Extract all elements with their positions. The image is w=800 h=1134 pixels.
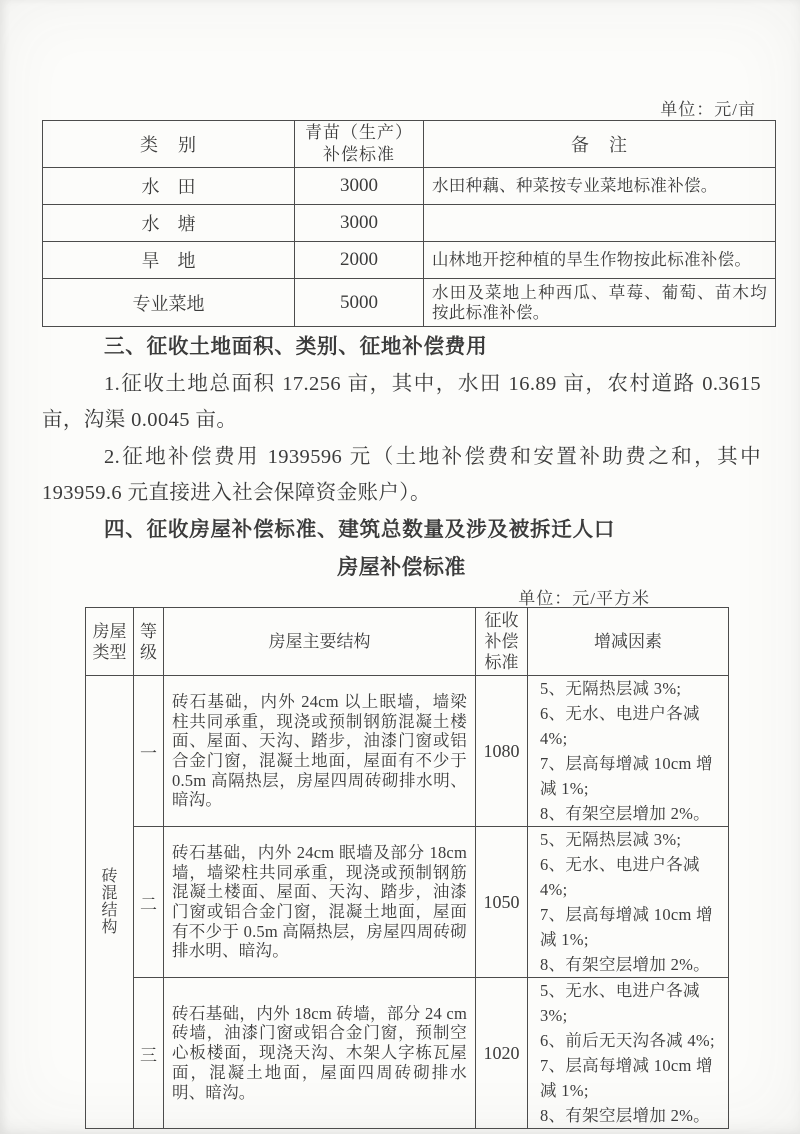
document-page: 单位：元/亩 类 别 青苗（生产）补偿标准 备 注 水 田 3000 水田种藕、… xyxy=(0,0,800,1134)
house-type-label: 砖混结构 xyxy=(101,868,118,936)
land-table-header-row: 类 别 青苗（生产）补偿标准 备 注 xyxy=(43,121,776,168)
standard-cell: 1050 xyxy=(476,827,528,978)
factors-column-header: 增减因素 xyxy=(528,608,729,676)
house-type-cell: 砖混结构 xyxy=(86,676,134,1129)
standard-cell: 3000 xyxy=(295,205,424,242)
body-text-block: 三、征收土地面积、类别、征地补偿费用 1.征收土地总面积 17.256 亩，其中… xyxy=(42,329,761,585)
grade-cell: 一 xyxy=(134,676,164,827)
land-table-row-pond: 水 塘 3000 xyxy=(43,205,776,242)
standard-cell: 3000 xyxy=(295,168,424,205)
unit-label-yuan-per-mu: 单位：元/亩 xyxy=(660,95,756,120)
structure-cell: 砖石基础，内外 24cm 眠墙及部分 18cm 墙，墙梁柱共同承重，现浇或预制钢… xyxy=(164,827,476,978)
factors-cell: 5、无水、电进户各减 3%; 6、前后无天沟各减 4%; 7、层高每增减 10c… xyxy=(528,978,729,1129)
section3-paragraph-1: 1.征收土地总面积 17.256 亩，其中，水田 16.89 亩，农村道路 0.… xyxy=(42,366,761,439)
standard-column-header: 青苗（生产）补偿标准 xyxy=(295,121,424,168)
grade-cell: 三 xyxy=(134,978,164,1129)
house-table-header-row: 房屋类型 等级 房屋主要结构 征收补偿标准 增减因素 xyxy=(86,608,729,676)
land-table-row-dryland: 旱 地 2000 山林地开挖种植的旱生作物按此标准补偿。 xyxy=(43,242,776,279)
standard-column-header: 征收补偿标准 xyxy=(476,608,528,676)
category-cell: 水 田 xyxy=(43,168,295,205)
remark-column-header: 备 注 xyxy=(424,121,776,168)
grade-column-header: 等级 xyxy=(134,608,164,676)
land-table-row-vegetable: 专业菜地 5000 水田及菜地上种西瓜、草莓、葡萄、苗木均按此标准补偿。 xyxy=(43,279,776,327)
house-table-title: 房屋补偿标准 xyxy=(42,549,761,586)
section3-paragraph-2: 2.征地补偿费用 1939596 元（土地补偿费和安置补助费之和，其中 1939… xyxy=(42,439,761,512)
land-compensation-table: 类 别 青苗（生产）补偿标准 备 注 水 田 3000 水田种藕、种菜按专业菜地… xyxy=(42,120,776,327)
house-table-row-grade2: 二 砖石基础，内外 24cm 眠墙及部分 18cm 墙，墙梁柱共同承重，现浇或预… xyxy=(86,827,729,978)
category-column-header: 类 别 xyxy=(43,121,295,168)
land-table-row-paddy: 水 田 3000 水田种藕、种菜按专业菜地标准补偿。 xyxy=(43,168,776,205)
remark-cell: 山林地开挖种植的旱生作物按此标准补偿。 xyxy=(424,242,776,279)
grade-cell: 二 xyxy=(134,827,164,978)
factors-cell: 5、无隔热层减 3%; 6、无水、电进户各减 4%; 7、层高每增减 10cm … xyxy=(528,827,729,978)
factors-cell: 5、无隔热层减 3%; 6、无水、电进户各减 4%; 7、层高每增减 10cm … xyxy=(528,676,729,827)
house-table-row-grade1: 砖混结构 一 砖石基础，内外 24cm 以上眠墙，墙梁柱共同承重，现浇或预制钢筋… xyxy=(86,676,729,827)
category-cell: 水 塘 xyxy=(43,205,295,242)
standard-cell: 5000 xyxy=(295,279,424,327)
house-compensation-table: 房屋类型 等级 房屋主要结构 征收补偿标准 增减因素 砖混结构 一 砖石基础，内… xyxy=(85,607,729,1129)
category-cell: 旱 地 xyxy=(43,242,295,279)
house-type-column-header: 房屋类型 xyxy=(86,608,134,676)
standard-cell: 2000 xyxy=(295,242,424,279)
standard-cell: 1020 xyxy=(476,978,528,1129)
structure-column-header: 房屋主要结构 xyxy=(164,608,476,676)
standard-cell: 1080 xyxy=(476,676,528,827)
structure-cell: 砖石基础，内外 18cm 砖墙，部分 24 cm 砖墙，油漆门窗或铝合金门窗，预… xyxy=(164,978,476,1129)
remark-cell: 水田及菜地上种西瓜、草莓、葡萄、苗木均按此标准补偿。 xyxy=(424,279,776,327)
unit-label-yuan-per-sqm: 单位：元/平方米 xyxy=(518,584,650,609)
remark-cell xyxy=(424,205,776,242)
category-cell: 专业菜地 xyxy=(43,279,295,327)
remark-cell: 水田种藕、种菜按专业菜地标准补偿。 xyxy=(424,168,776,205)
section3-heading: 三、征收土地面积、类别、征地补偿费用 xyxy=(42,329,761,366)
house-table-row-grade3: 三 砖石基础，内外 18cm 砖墙，部分 24 cm 砖墙，油漆门窗或铝合金门窗… xyxy=(86,978,729,1129)
section4-heading: 四、征收房屋补偿标准、建筑总数量及涉及被拆迁人口 xyxy=(42,512,761,549)
structure-cell: 砖石基础，内外 24cm 以上眠墙，墙梁柱共同承重，现浇或预制钢筋混凝土楼面、屋… xyxy=(164,676,476,827)
